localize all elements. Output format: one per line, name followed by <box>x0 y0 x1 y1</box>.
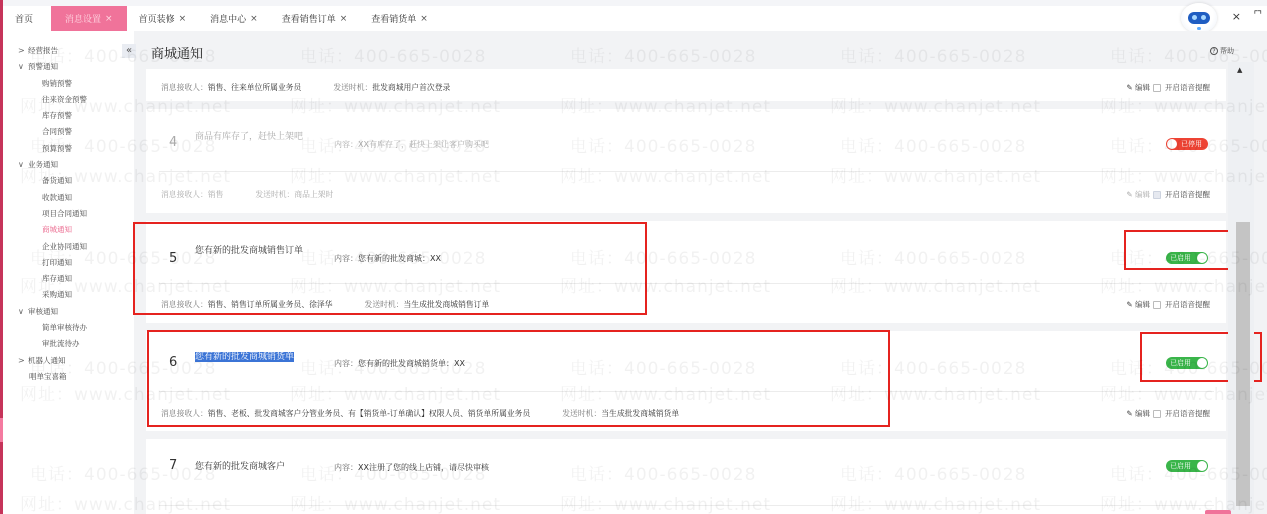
toggle-knob <box>1197 461 1207 471</box>
annotation-box <box>147 330 890 427</box>
toggle-label: 已启用 <box>1170 462 1191 470</box>
sidebar-item[interactable]: 收款通知 <box>3 190 134 206</box>
sidebar-item-label: 打印通知 <box>42 258 72 267</box>
notification-card: 7 您有新的批发商城客户 内容：XX注册了您的线上店铺，请尽快审核 已启用 <box>146 439 1226 514</box>
edit-icon: ✎ <box>1126 190 1132 199</box>
edit-icon: ✎ <box>1126 83 1132 92</box>
toggle-label: 已停用 <box>1181 140 1202 148</box>
card-meta: 消息接收人：销售、往来单位所属业务员发送时机：批发商城用户首次登录 <box>161 82 450 93</box>
sidebar-item-label: 预警通知 <box>28 62 58 71</box>
card-content: 内容：XX有库存了，赶快上架让客户购买吧 <box>334 139 489 150</box>
checkbox-box[interactable] <box>1153 191 1161 199</box>
sidebar-item-label: 往来资金预警 <box>42 95 87 104</box>
floating-action-button[interactable] <box>1205 510 1231 514</box>
scrollbar-thumb[interactable] <box>1236 222 1250 506</box>
sidebar-item-label: 库存预警 <box>42 111 72 120</box>
sidebar-item-label: 采购通知 <box>42 290 72 299</box>
page-title: 商城通知 <box>151 43 203 62</box>
tab-label: 首页 <box>15 12 33 25</box>
chevron-right-icon: > <box>18 353 28 369</box>
sidebar-item-label: 预算预警 <box>42 144 72 153</box>
close-icon[interactable]: × <box>340 14 348 24</box>
sidebar-item-label: 备货通知 <box>42 176 72 185</box>
sidebar-item-label: 收款通知 <box>42 193 72 202</box>
close-icon[interactable]: × <box>420 14 428 24</box>
send-time-label: 发送时机： <box>333 83 372 92</box>
sidebar-item[interactable]: 合同预警 <box>3 124 134 140</box>
sidebar-item[interactable]: 审批流待办 <box>3 336 134 352</box>
edit-label: 编辑 <box>1135 300 1150 309</box>
sidebar-item[interactable]: ∨预警通知 <box>3 59 134 75</box>
sidebar-item[interactable]: 往来资金预警 <box>3 92 134 108</box>
tab-view-sales-order[interactable]: 查看销售订单× <box>270 6 360 31</box>
tab-label: 查看销售订单 <box>282 12 336 25</box>
checkbox-box[interactable] <box>1153 410 1161 418</box>
tab-label: 消息中心 <box>210 12 246 25</box>
sidebar-item[interactable]: 库存通知 <box>3 271 134 287</box>
sidebar-item-label: 合同预警 <box>42 127 72 136</box>
sidebar-item[interactable]: 项目合同通知 <box>3 206 134 222</box>
sidebar-item[interactable]: 企业协同通知 <box>3 239 134 255</box>
card-divider <box>159 505 1214 506</box>
close-all-tabs-icon[interactable]: × <box>1232 10 1241 23</box>
sidebar-item[interactable]: >机器人通知 <box>3 353 134 369</box>
close-icon[interactable]: × <box>105 14 113 24</box>
sidebar-item[interactable]: 打印通知 <box>3 255 134 271</box>
voice-reminder-checkbox[interactable]: 开启语音提醒 <box>1153 189 1210 200</box>
sidebar-item[interactable]: >经营报告 <box>3 43 134 59</box>
collapse-sidebar-button[interactable]: « <box>122 44 136 58</box>
notification-card: 4 商品有库存了，赶快上架吧 内容：XX有库存了，赶快上架让客户购买吧 已停用 … <box>146 109 1226 213</box>
recipients-label: 消息接收人： <box>161 83 208 92</box>
checkbox-box[interactable] <box>1153 301 1161 309</box>
assistant-robot-icon[interactable] <box>1181 3 1217 33</box>
tab-message-settings[interactable]: 消息设置× <box>51 6 127 31</box>
card-number: 7 <box>169 458 177 473</box>
robot-antenna <box>1197 27 1201 30</box>
sidebar-item-label: 商城通知 <box>42 225 72 234</box>
edit-label: 编辑 <box>1135 83 1150 92</box>
robot-eye <box>1201 15 1206 20</box>
app-window: 首页 消息设置× 首页装修× 消息中心× 查看销售订单× 查看销货单× × ⌜⌝… <box>0 0 1267 514</box>
sidebar-item-label: 库存通知 <box>42 274 72 283</box>
sidebar-item-label: 审批流待办 <box>42 339 80 348</box>
close-icon[interactable]: × <box>179 14 187 24</box>
edit-icon: ✎ <box>1126 409 1132 418</box>
help-link[interactable]: ?帮助 <box>1210 46 1234 56</box>
notification-card: 消息接收人：销售、往来单位所属业务员发送时机：批发商城用户首次登录 ✎ 编辑 开… <box>146 69 1226 101</box>
card-meta: 消息接收人：销售发送时机：商品上架时 <box>161 189 333 200</box>
sidebar-item[interactable]: 唱单宝喜箱 <box>3 369 134 385</box>
sidebar-item[interactable]: 采购通知 <box>3 287 134 303</box>
status-toggle[interactable]: 已启用 <box>1166 460 1208 472</box>
annotation-box <box>133 222 647 315</box>
sidebar-item-label: 业务通知 <box>28 160 58 169</box>
sidebar-item-label: 项目合同通知 <box>42 209 87 218</box>
chevron-down-icon: ∨ <box>18 304 28 320</box>
sidebar-item-label: 简单审核待办 <box>42 323 87 332</box>
tab-home[interactable]: 首页 <box>3 6 51 31</box>
tab-view-delivery-note[interactable]: 查看销货单× <box>359 6 440 31</box>
edit-icon: ✎ <box>1126 300 1132 309</box>
voice-reminder-label: 开启语音提醒 <box>1165 299 1210 310</box>
fullscreen-icon[interactable]: ⌜⌝ <box>1254 10 1261 21</box>
tab-label: 查看销货单 <box>371 12 416 25</box>
help-icon: ? <box>1210 47 1218 55</box>
content-value: XX注册了您的线上店铺，请尽快审核 <box>358 463 489 472</box>
sidebar-item[interactable]: 预算预警 <box>3 141 134 157</box>
send-time-value: 商品上架时 <box>294 190 333 199</box>
sidebar-item[interactable]: 简单审核待办 <box>3 320 134 336</box>
toggle-knob <box>1167 139 1177 149</box>
edit-button[interactable]: ✎ 编辑 <box>1126 299 1150 310</box>
card-content: 内容：XX注册了您的线上店铺，请尽快审核 <box>334 462 489 473</box>
edit-button[interactable]: ✎ 编辑 <box>1126 408 1150 419</box>
sidebar-item-label: 唱单宝喜箱 <box>29 372 67 381</box>
recipients-label: 消息接收人： <box>161 190 208 199</box>
sidebar-item[interactable]: 购销预警 <box>3 76 134 92</box>
sidebar-item[interactable]: ∨审核通知 <box>3 304 134 320</box>
close-icon[interactable]: × <box>250 14 258 24</box>
voice-reminder-checkbox[interactable]: 开启语音提醒 <box>1153 82 1210 93</box>
card-divider <box>159 171 1214 172</box>
robot-eye <box>1192 15 1197 20</box>
send-time-value: 批发商城用户首次登录 <box>372 83 450 92</box>
edit-label: 编辑 <box>1135 190 1150 199</box>
sidebar-item[interactable]: 备货通知 <box>3 173 134 189</box>
voice-reminder-checkbox[interactable]: 开启语音提醒 <box>1153 299 1210 310</box>
voice-reminder-label: 开启语音提醒 <box>1165 408 1210 419</box>
page-header: 商城通知 ?帮助 <box>136 39 1234 67</box>
voice-reminder-label: 开启语音提醒 <box>1165 82 1210 93</box>
annotation-box <box>1124 230 1241 270</box>
send-time-label: 发送时机： <box>255 190 294 199</box>
recipients-value: 销售、往来单位所属业务员 <box>208 83 302 92</box>
card-title: 商品有库存了，赶快上架吧 <box>195 131 310 143</box>
sidebar-item-label: 经营报告 <box>28 46 58 55</box>
sidebar: >经营报告∨预警通知购销预警往来资金预警库存预警合同预警预算预警∨业务通知备货通… <box>3 31 134 514</box>
chevron-right-icon: > <box>18 43 28 59</box>
sidebar-item-label: 企业协同通知 <box>42 242 87 251</box>
sidebar-item[interactable]: 商城通知 <box>3 222 134 238</box>
chevron-down-icon: ∨ <box>18 59 28 75</box>
status-toggle[interactable]: 已停用 <box>1166 138 1208 150</box>
scroll-up-icon[interactable]: ▲ <box>1237 66 1242 74</box>
voice-reminder-label: 开启语音提醒 <box>1165 189 1210 200</box>
content-value: XX有库存了，赶快上架让客户购买吧 <box>358 140 489 149</box>
tab-label: 首页装修 <box>139 12 175 25</box>
voice-reminder-checkbox[interactable]: 开启语音提醒 <box>1153 408 1210 419</box>
edit-button[interactable]: ✎ 编辑 <box>1126 82 1150 93</box>
tab-label: 消息设置 <box>65 12 101 25</box>
chevron-down-icon: ∨ <box>18 157 28 173</box>
content-label: 内容： <box>334 463 358 472</box>
card-number: 4 <box>169 135 177 150</box>
vertical-scrollbar[interactable]: ▲ <box>1228 62 1254 514</box>
sidebar-item[interactable]: ∨业务通知 <box>3 157 134 173</box>
sidebar-item-label: 机器人通知 <box>28 356 66 365</box>
sidebar-item[interactable]: 库存预警 <box>3 108 134 124</box>
recipients-value: 销售 <box>208 190 224 199</box>
tab-bar: 首页 消息设置× 首页装修× 消息中心× 查看销售订单× 查看销货单× <box>3 6 1267 31</box>
robot-face <box>1188 12 1210 24</box>
help-label: 帮助 <box>1220 47 1234 55</box>
checkbox-box[interactable] <box>1153 84 1161 92</box>
edit-button[interactable]: ✎ 编辑 <box>1126 189 1150 200</box>
edit-label: 编辑 <box>1135 409 1150 418</box>
sidebar-item-label: 审核通知 <box>28 307 58 316</box>
sidebar-item-label: 购销预警 <box>42 79 72 88</box>
card-title: 您有新的批发商城客户 <box>195 461 335 473</box>
content-label: 内容： <box>334 140 358 149</box>
tab-message-center[interactable]: 消息中心× <box>198 6 270 31</box>
tab-homepage-decoration[interactable]: 首页装修× <box>127 6 199 31</box>
